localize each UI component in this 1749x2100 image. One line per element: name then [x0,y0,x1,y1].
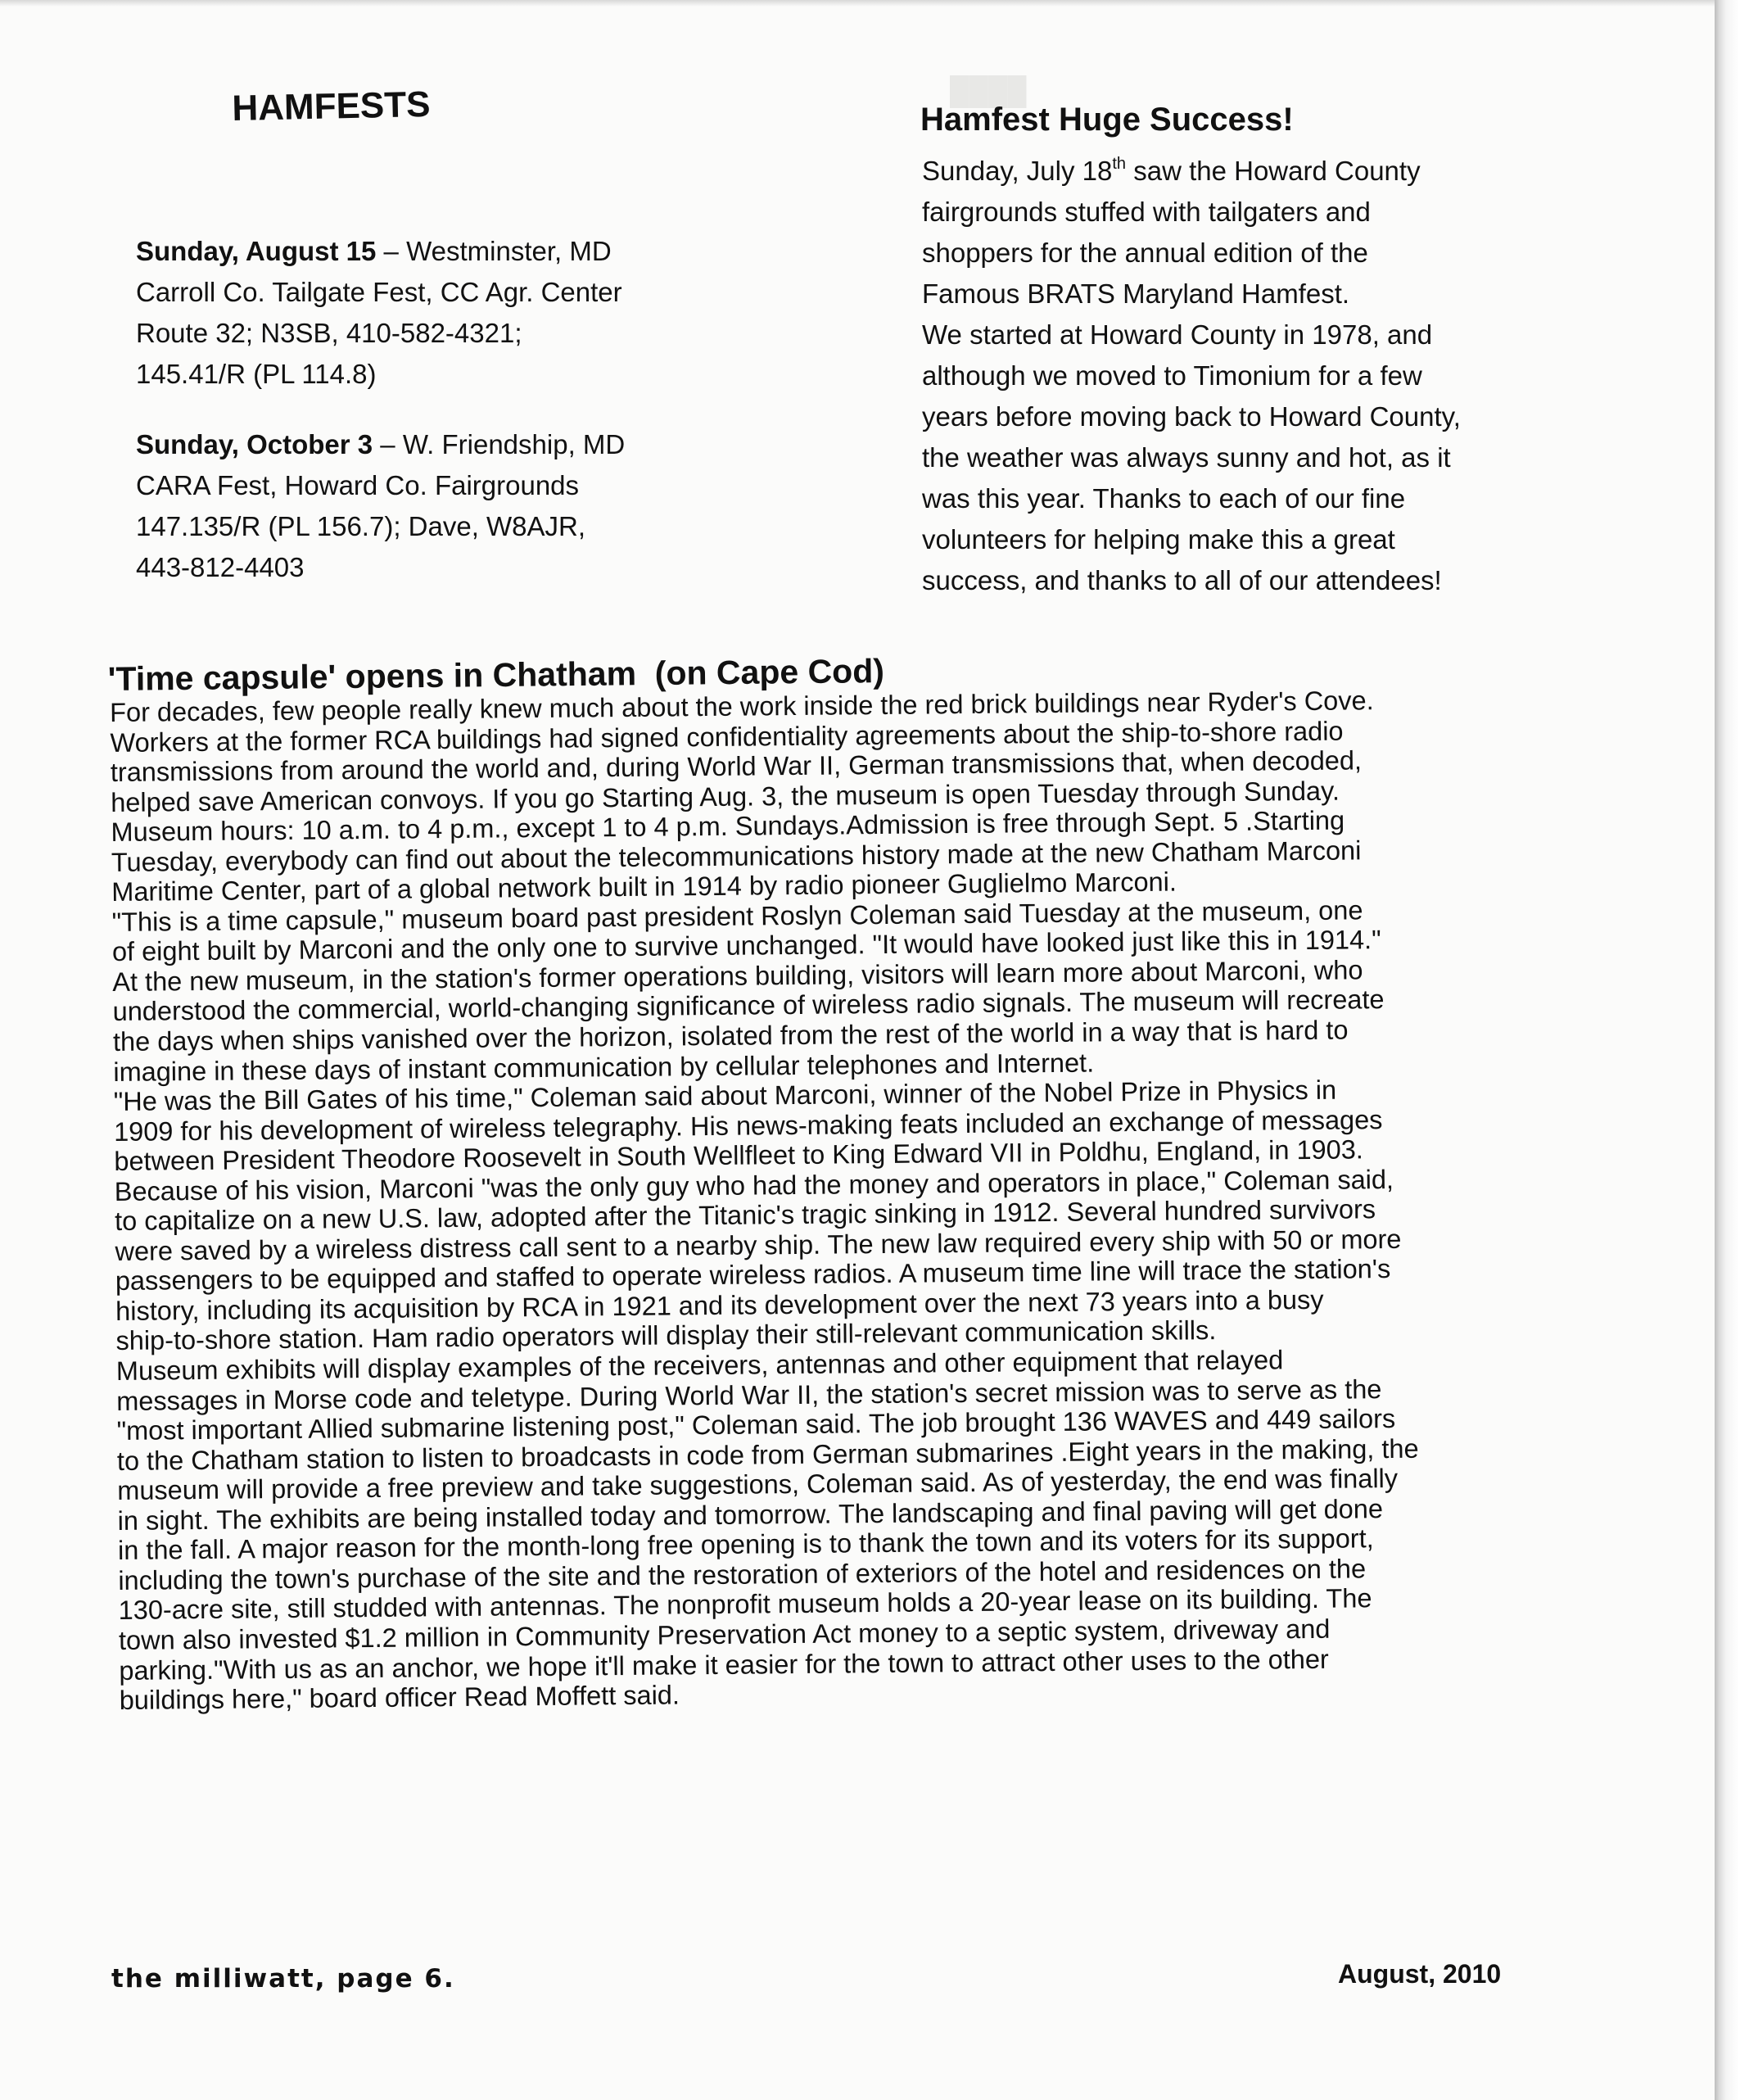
footer-issue-date: August, 2010 [1338,1959,1501,1989]
event-detail-line: 443-812-4403 [136,547,742,588]
article-line: years before moving back to Howard Count… [922,396,1544,437]
event-separator: – [373,429,403,459]
event-headline: Sunday, October 3 – W. Friendship, MD [136,424,742,465]
article-text: saw the Howard County [1126,156,1421,186]
success-article-heading: Hamfest Huge Success! [920,102,1294,138]
article-line: volunteers for helping make this a great [922,519,1544,560]
article-line: although we moved to Timonium for a few [922,355,1544,396]
event-detail-line: CARA Fest, Howard Co. Fairgrounds [136,465,742,506]
article-line: Famous BRATS Maryland Hamfest. [922,274,1544,315]
page-top-edge [0,0,1716,7]
event-location: W. Friendship, MD [403,429,625,459]
success-article-body: Sunday, July 18th saw the Howard County … [922,151,1544,601]
hamfests-heading: HAMFESTS [232,84,431,129]
main-article-body: For decades, few people really knew much… [110,683,1659,1716]
event-location: Westminster, MD [406,236,612,266]
article-line: shoppers for the annual edition of the [922,233,1544,274]
hamfest-event-friendship: Sunday, October 3 – W. Friendship, MD CA… [136,424,742,588]
footer-publication-page: the milliwatt, page 6. [111,1964,455,1994]
ordinal-suffix: th [1112,155,1126,173]
event-detail-line: 147.135/R (PL 156.7); Dave, W8AJR, [136,506,742,547]
event-date: Sunday, October 3 [136,429,373,459]
page-right-edge-shadow [1715,0,1749,2100]
article-line: was this year. Thanks to each of our fin… [922,478,1544,519]
article-line: success, and thanks to all of our attend… [922,560,1544,601]
article-text: Sunday, July 18 [922,156,1112,186]
event-detail-line: Route 32; N3SB, 410-582-4321; [136,313,742,354]
event-headline: Sunday, August 15 – Westminster, MD [136,231,742,272]
event-detail-line: 145.41/R (PL 114.8) [136,354,742,395]
hamfest-event-westminster: Sunday, August 15 – Westminster, MD Carr… [136,231,742,395]
article-line: Sunday, July 18th saw the Howard County [922,151,1544,192]
article-line: the weather was always sunny and hot, as… [922,437,1544,478]
article-line: We started at Howard County in 1978, and [922,315,1544,355]
article-line: fairgrounds stuffed with tailgaters and [922,192,1544,233]
event-separator: – [376,236,406,266]
event-date: Sunday, August 15 [136,236,376,266]
event-detail-line: Carroll Co. Tailgate Fest, CC Agr. Cente… [136,272,742,313]
